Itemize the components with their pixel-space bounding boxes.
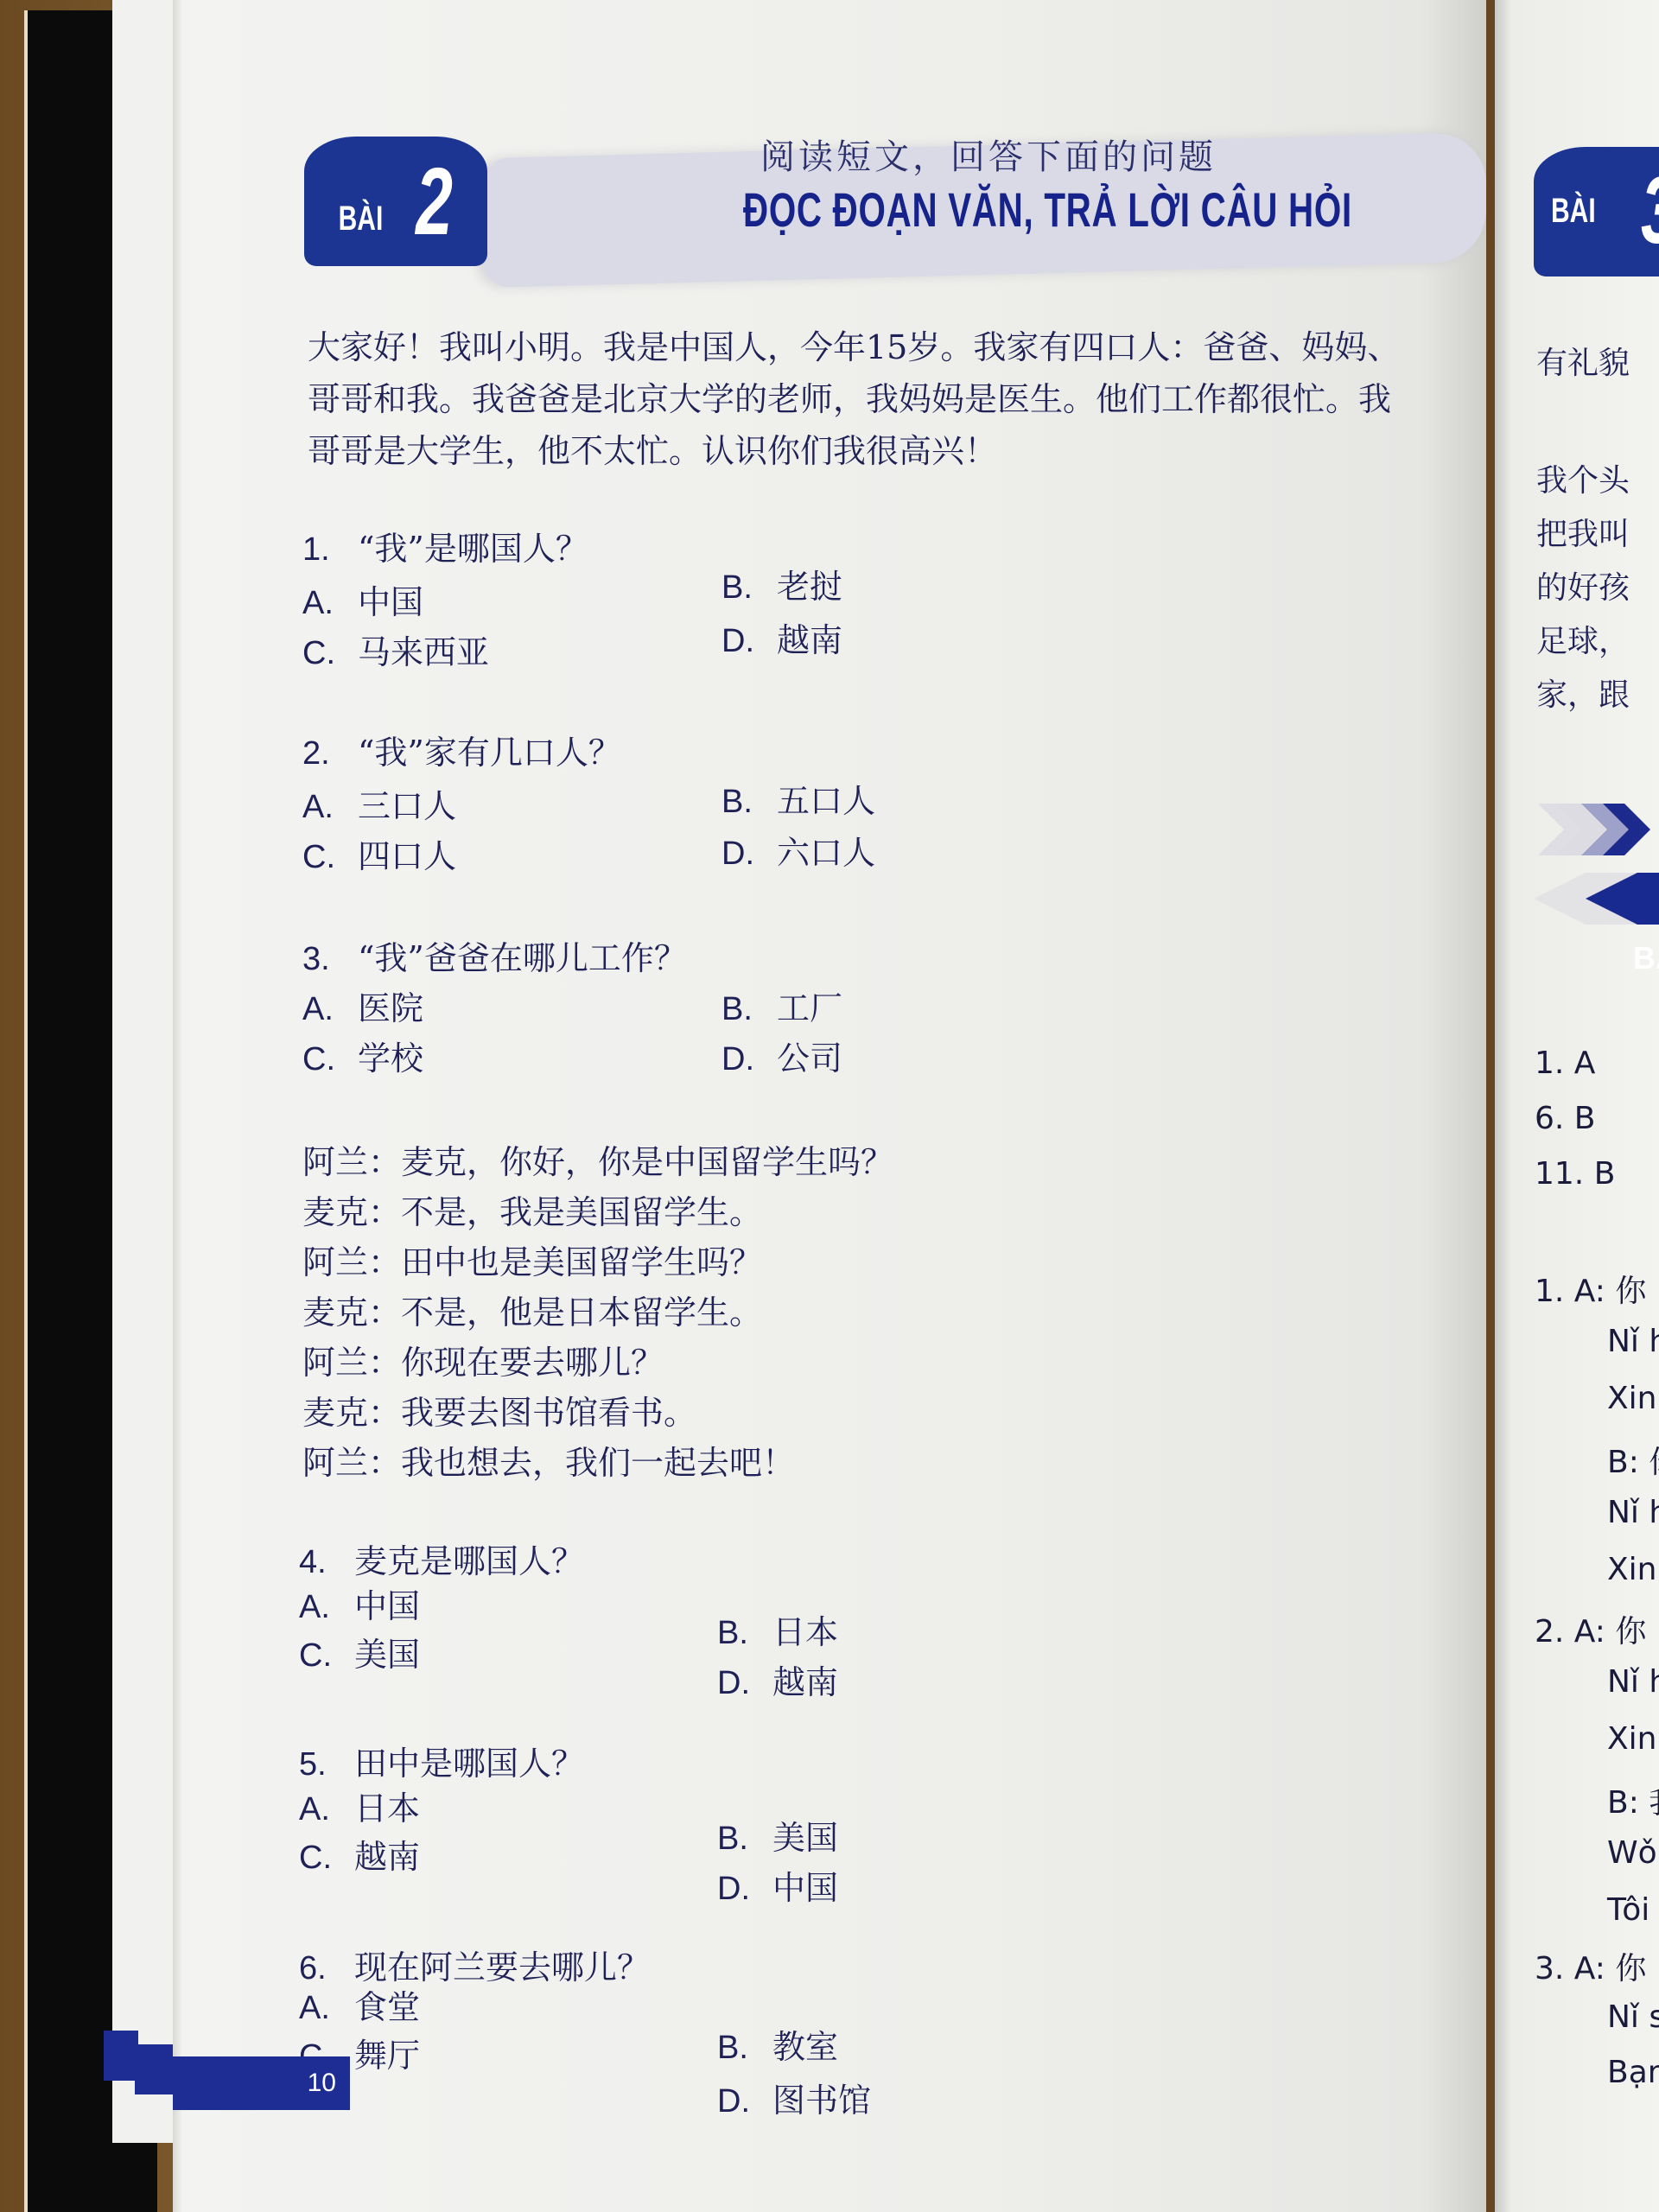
right-text-line: 把我叫: [1536, 510, 1630, 554]
answer-dialogue-line: Xin: [1607, 1552, 1656, 1587]
title-vietnamese: ĐỌC ĐOẠN VĂN, TRẢ LỜI CÂU HỎI: [743, 181, 1352, 238]
page-edge: [173, 0, 181, 2212]
dialogue-line: 麦克：不是，我是美国留学生。: [302, 1185, 762, 1233]
passage-line: 大家好！我叫小明。我是中国人，今年15岁。我家有四口人：爸爸、妈妈、: [308, 321, 1483, 373]
page-number: 10: [308, 2069, 336, 2098]
option-a: A.中国: [299, 1580, 420, 1627]
option-a: A.食堂: [299, 1980, 420, 2028]
option-b: B.工厂: [721, 982, 842, 1029]
question-number: 4.: [299, 1544, 354, 1581]
answer-dialogue-line: Wǒ: [1607, 1835, 1657, 1871]
lesson-badge-label: BÀI: [1551, 192, 1596, 231]
underlying-page-bar: [104, 2031, 138, 2081]
right-text-line: 的好孩: [1536, 563, 1630, 607]
lesson-badge-number: 2: [416, 147, 453, 257]
question-number: 3.: [302, 941, 358, 978]
dialogue-line: 麦克：我要去图书馆看书。: [302, 1386, 696, 1433]
underlying-page-edge: [112, 0, 182, 2143]
option-d: D.图书馆: [717, 2074, 871, 2121]
option-b: B.日本: [717, 1605, 838, 1653]
answer-dialogue-line: Xin: [1607, 1381, 1656, 1416]
option-b: B.教室: [717, 2020, 838, 2068]
passage-line: 哥哥是大学生，他不太忙。认识你们我很高兴！: [308, 425, 1483, 477]
option-c: C.越南: [299, 1830, 420, 1878]
question-5: 5.田中是哪国人？: [299, 1737, 584, 1784]
option-b: B.五口人: [721, 774, 875, 822]
answer-dialogue-line: 2. A: 你: [1535, 1607, 1646, 1651]
option-c: C.学校: [302, 1032, 423, 1079]
lesson-badge: BÀI 2: [304, 137, 487, 266]
dialogue-line: 麦克：不是，他是日本留学生。: [302, 1286, 762, 1333]
question-1: 1.“我”是哪国人？: [302, 522, 588, 569]
dialogue-line: 阿兰：我也想去，我们一起去吧！: [302, 1436, 795, 1484]
answer-dialogue-line: Xin: [1607, 1721, 1656, 1757]
option-a: A.三口人: [302, 779, 456, 827]
option-c: C.马来西亚: [302, 626, 489, 673]
answer-item: 1. A: [1535, 1046, 1595, 1081]
lesson-badge-label: BÀI: [339, 200, 384, 238]
answer-dialogue-line: Nǐ h: [1607, 1664, 1659, 1700]
option-d: D.公司: [721, 1032, 842, 1079]
right-text-line: 足球，: [1536, 617, 1630, 661]
option-c: C.四口人: [302, 829, 456, 877]
answer-item: 6. B: [1535, 1101, 1596, 1136]
question-4: 4.麦克是哪国人？: [299, 1535, 584, 1582]
lesson-badge-next: BÀI 3: [1534, 147, 1659, 276]
option-d: D.六口人: [721, 826, 875, 874]
option-a: A.医院: [302, 982, 423, 1029]
option-c: C.美国: [299, 1628, 420, 1675]
question-number: 5.: [299, 1746, 354, 1783]
question-number: 2.: [302, 735, 358, 772]
title-chinese: 阅读短文，回答下面的问题: [760, 130, 1217, 179]
answer-dialogue-line: 1. A: 你: [1535, 1267, 1646, 1311]
answer-dialogue-line: Bạn: [1607, 2055, 1659, 2090]
answer-key-label: BÀ: [1633, 940, 1659, 976]
answer-dialogue-line: B: 我: [1607, 1778, 1659, 1822]
question-text: 田中是哪国人？: [354, 1745, 584, 1783]
option-b: B.美国: [717, 1811, 838, 1859]
question-text: “我”家有几口人？: [358, 734, 621, 772]
option-d: D.越南: [717, 1656, 838, 1703]
answer-key-badge: [1534, 873, 1659, 925]
right-text-line: 家，跟: [1536, 671, 1630, 715]
right-text-line: 我个头: [1536, 456, 1630, 500]
passage-line: 哥哥和我。我爸爸是北京大学的老师，我妈妈是医生。他们工作都很忙。我: [308, 373, 1483, 425]
option-d: D.中国: [717, 1861, 838, 1909]
question-text: “我”爸爸在哪儿工作？: [358, 939, 687, 977]
answer-dialogue-line: Nǐ s: [1607, 1999, 1659, 2035]
dialogue-line: 阿兰：麦克，你好，你是中国留学生吗？: [302, 1135, 893, 1183]
option-b: B.老挝: [721, 560, 842, 607]
option-d: D.越南: [721, 613, 842, 661]
underlying-page-bar: [135, 2044, 178, 2094]
lesson-badge-number: 3: [1641, 156, 1659, 265]
option-a: A.中国: [302, 575, 423, 623]
answer-dialogue-line: B: 你: [1607, 1438, 1659, 1482]
answer-dialogue-line: Tôi: [1607, 1892, 1649, 1928]
chevron-arrows-icon: [1529, 804, 1659, 855]
question-3: 3.“我”爸爸在哪儿工作？: [302, 931, 687, 979]
answer-dialogue-line: Nǐ h: [1607, 1495, 1659, 1530]
answer-dialogue-line: Nǐ h: [1607, 1324, 1659, 1359]
right-text-line: 有礼貌: [1536, 339, 1630, 383]
question-text: “我”是哪国人？: [358, 530, 588, 568]
page-number-bar: 10: [173, 2056, 350, 2110]
option-a: A.日本: [299, 1782, 420, 1829]
question-text: 麦克是哪国人？: [354, 1542, 584, 1580]
question-2: 2.“我”家有几口人？: [302, 726, 621, 773]
dialogue-line: 阿兰：田中也是美国留学生吗？: [302, 1236, 762, 1283]
dialogue-line: 阿兰：你现在要去哪儿？: [302, 1336, 664, 1383]
answer-dialogue-line: 3. A: 你: [1535, 1944, 1646, 1988]
question-number: 1.: [302, 531, 358, 569]
reading-passage: 大家好！我叫小明。我是中国人，今年15岁。我家有四口人：爸爸、妈妈、 哥哥和我。…: [308, 321, 1483, 477]
answer-item: 11. B: [1535, 1156, 1615, 1192]
